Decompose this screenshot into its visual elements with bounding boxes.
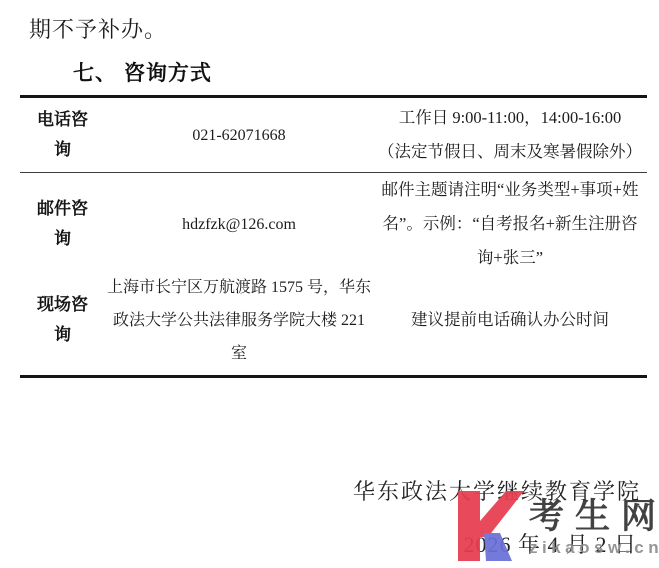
section-heading: 七、 咨询方式	[73, 57, 212, 87]
label-line: 询	[54, 224, 71, 254]
table-row-onsite: 现场咨 询 上海市长宁区万航渡路 1575 号，华东 政法大学公共法律服务学院大…	[20, 265, 647, 375]
email-subject-note: 邮件主题请注明“业务类型+事项+姓 名”。示例：“自考报名+新生注册咨 询+张三…	[373, 173, 647, 275]
value-line: 政法大学公共法律服务学院大楼 221	[113, 304, 365, 337]
k-logo-icon	[456, 491, 528, 561]
phone-hours-note: 工作日 9:00-11:00，14:00-16:00 （法定节假日、周末及寒暑假…	[373, 98, 647, 172]
label-line: 询	[54, 320, 71, 350]
phone-row-label: 电话咨 询	[20, 98, 105, 172]
table-row-email: 邮件咨 询 hdzfzk@126.com 邮件主题请注明“业务类型+事项+姓 名…	[20, 173, 647, 265]
label-line: 电话咨	[37, 105, 88, 135]
watermark-site-name: 考生网	[529, 497, 659, 537]
email-address: hdzfzk@126.com	[105, 173, 373, 275]
note-line: 建议提前电话确认办公时间	[411, 303, 609, 337]
document-page: 期不予补办。 七、 咨询方式 电话咨 询 021-62071668 工作日 9:…	[0, 0, 659, 568]
watermark-text: 考生网 zikaosw.cn	[529, 491, 659, 558]
note-line: 邮件主题请注明“业务类型+事项+姓	[382, 173, 639, 207]
zikaosw-watermark: 考生网 zikaosw.cn	[456, 491, 659, 561]
label-line: 邮件咨	[37, 194, 88, 224]
onsite-advice-note: 建议提前电话确认办公时间	[373, 265, 647, 375]
intro-paragraph: 期不予补办。	[29, 13, 167, 44]
onsite-row-label: 现场咨 询	[20, 265, 105, 375]
note-line: （法定节假日、周末及寒暑假除外）	[378, 135, 642, 169]
label-line: 询	[54, 135, 71, 165]
onsite-address: 上海市长宁区万航渡路 1575 号，华东 政法大学公共法律服务学院大楼 221 …	[105, 265, 373, 375]
watermark-site-url: zikaosw.cn	[529, 538, 659, 558]
value-line: 021-62071668	[192, 119, 285, 152]
phone-number: 021-62071668	[105, 98, 373, 172]
note-line: 工作日 9:00-11:00，14:00-16:00	[399, 101, 622, 135]
table-row-phone: 电话咨 询 021-62071668 工作日 9:00-11:00，14:00-…	[20, 98, 647, 173]
contact-table: 电话咨 询 021-62071668 工作日 9:00-11:00，14:00-…	[20, 95, 647, 378]
note-line: 名”。示例：“自考报名+新生注册咨	[383, 207, 638, 241]
value-line: hdzfzk@126.com	[182, 208, 296, 241]
value-line: 室	[231, 337, 247, 370]
label-line: 现场咨	[37, 290, 88, 320]
value-line: 上海市长宁区万航渡路 1575 号，华东	[107, 271, 371, 304]
email-row-label: 邮件咨 询	[20, 173, 105, 275]
